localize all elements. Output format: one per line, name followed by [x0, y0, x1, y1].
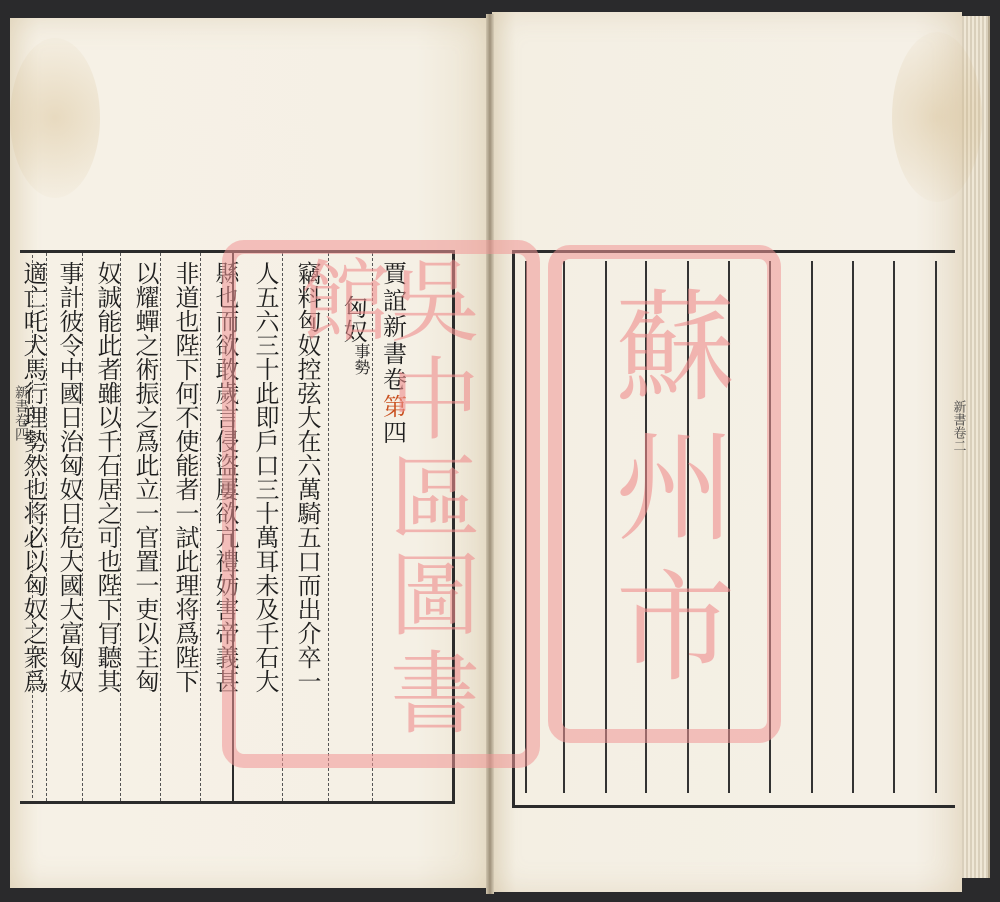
next-leaf-banxin: 新書卷二 — [950, 400, 966, 452]
water-stain — [10, 38, 100, 198]
seal-text: 吳中區圖書館 — [236, 254, 526, 754]
grid-line — [852, 261, 854, 793]
text-column: 非道也陛下何不使能者一試此理将爲陛下 — [168, 261, 198, 693]
column-rule — [200, 253, 201, 801]
text-column: 適亡吒犬馬行理勢然也将必以匈奴之衆爲 — [16, 261, 46, 693]
library-seal-right: 蘇州市 — [548, 245, 781, 743]
grid-line — [811, 261, 813, 793]
grid-line — [935, 261, 937, 793]
seal-text: 蘇州市 — [562, 259, 767, 729]
water-stain — [892, 32, 982, 202]
grid-line — [893, 261, 895, 793]
text-column: 以耀蟬之術振之爲此立一官置一吏以主匈 — [128, 261, 158, 693]
text-column: 奴誠能此者雖以千石居之可也陛下肎聽其 — [90, 261, 120, 693]
column-rule — [160, 253, 161, 801]
library-seal-left: 吳中區圖書館 — [222, 240, 540, 768]
text-column: 事計彼令中國日治匈奴日危大國大富匈奴 — [52, 261, 82, 693]
